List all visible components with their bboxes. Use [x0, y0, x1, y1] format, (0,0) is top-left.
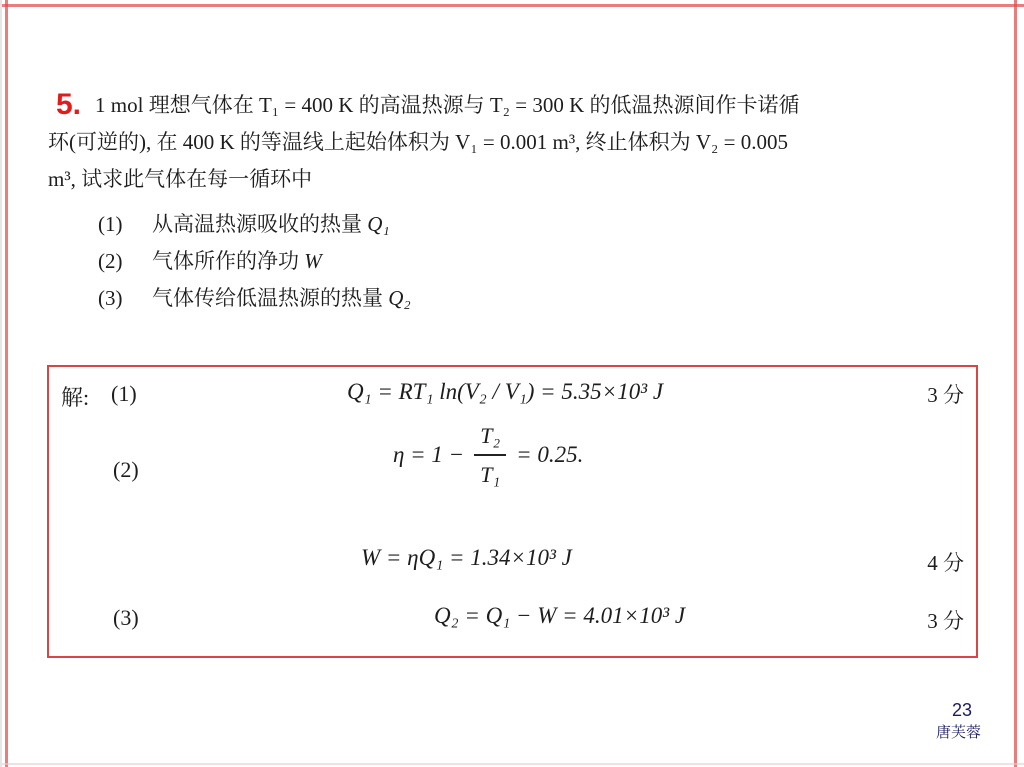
question-number: (2) [98, 243, 152, 280]
fraction-t2-over-t1: T₂ T₁ [474, 419, 506, 491]
equation-efficiency-prefix: η = 1 − [393, 442, 464, 468]
score-step-2: 4 分 [927, 547, 964, 577]
problem-line: 1 mol 理想气体在 T₁ = 400 K 的高温热源与 T₂ = 300 K… [95, 93, 799, 117]
question-symbol: Q₂ [388, 286, 410, 310]
solution-step-3-number: (3) [113, 605, 139, 631]
problem-line-1-wrap: 5.1 mol 理想气体在 T₁ = 400 K 的高温热源与 T₂ = 300… [48, 84, 988, 124]
problem-line: m³, 试求此气体在每一循环中 [48, 161, 988, 198]
author-name: 唐芙蓉 [936, 721, 981, 742]
equation-efficiency: η = 1 − T₂ T₁ = 0.25. [393, 419, 583, 491]
slide-border-right [1014, 0, 1017, 767]
question-text: 气体传给低温热源的热量 [152, 286, 388, 310]
question-text: 从高温热源吸收的热量 [152, 212, 367, 236]
problem-number: 5. [56, 88, 81, 121]
solution-step-2-number: (2) [113, 457, 139, 483]
slide-border-left [5, 0, 8, 767]
solution-box: 解: (1) Q₁ = RT₁ ln(V₂ / V₁) = 5.35×10³ J… [47, 365, 978, 658]
equation-efficiency-suffix: = 0.25. [516, 442, 583, 468]
score-step-3: 3 分 [927, 605, 964, 635]
question-symbol: W [304, 249, 322, 273]
slide-edge-hairline [0, 0, 2, 767]
fraction-numerator: T₂ [474, 419, 506, 454]
question-number: (3) [98, 280, 152, 317]
score-step-1: 3 分 [927, 379, 964, 409]
equation-work: W = ηQ₁ = 1.34×10³ J [361, 545, 572, 571]
slide-border-bottom [0, 763, 1024, 765]
question-item-1: (1)从高温热源吸收的热量 Q₁ [48, 206, 988, 243]
fraction-denominator: T₁ [474, 454, 506, 491]
question-item-3: (3)气体传给低温热源的热量 Q₂ [48, 280, 988, 317]
problem-line: 环(可逆的), 在 400 K 的等温线上起始体积为 V₁ = 0.001 m³… [48, 124, 988, 161]
slide-border-top [0, 4, 1024, 7]
question-list: (1)从高温热源吸收的热量 Q₁ (2)气体所作的净功 W (3)气体传给低温热… [48, 206, 988, 317]
question-number: (1) [98, 206, 152, 243]
page-number: 23 [952, 700, 972, 721]
solution-step-1-number: (1) [111, 381, 137, 407]
equation-q2: Q₂ = Q₁ − W = 4.01×10³ J [434, 603, 685, 629]
question-text: 气体所作的净功 [152, 249, 304, 273]
question-item-2: (2)气体所作的净功 W [48, 243, 988, 280]
solution-label: 解: [61, 381, 89, 412]
problem-statement: 5.1 mol 理想气体在 T₁ = 400 K 的高温热源与 T₂ = 300… [48, 84, 988, 317]
question-symbol: Q₁ [367, 212, 389, 236]
equation-q1: Q₁ = RT₁ ln(V₂ / V₁) = 5.35×10³ J [347, 379, 663, 405]
